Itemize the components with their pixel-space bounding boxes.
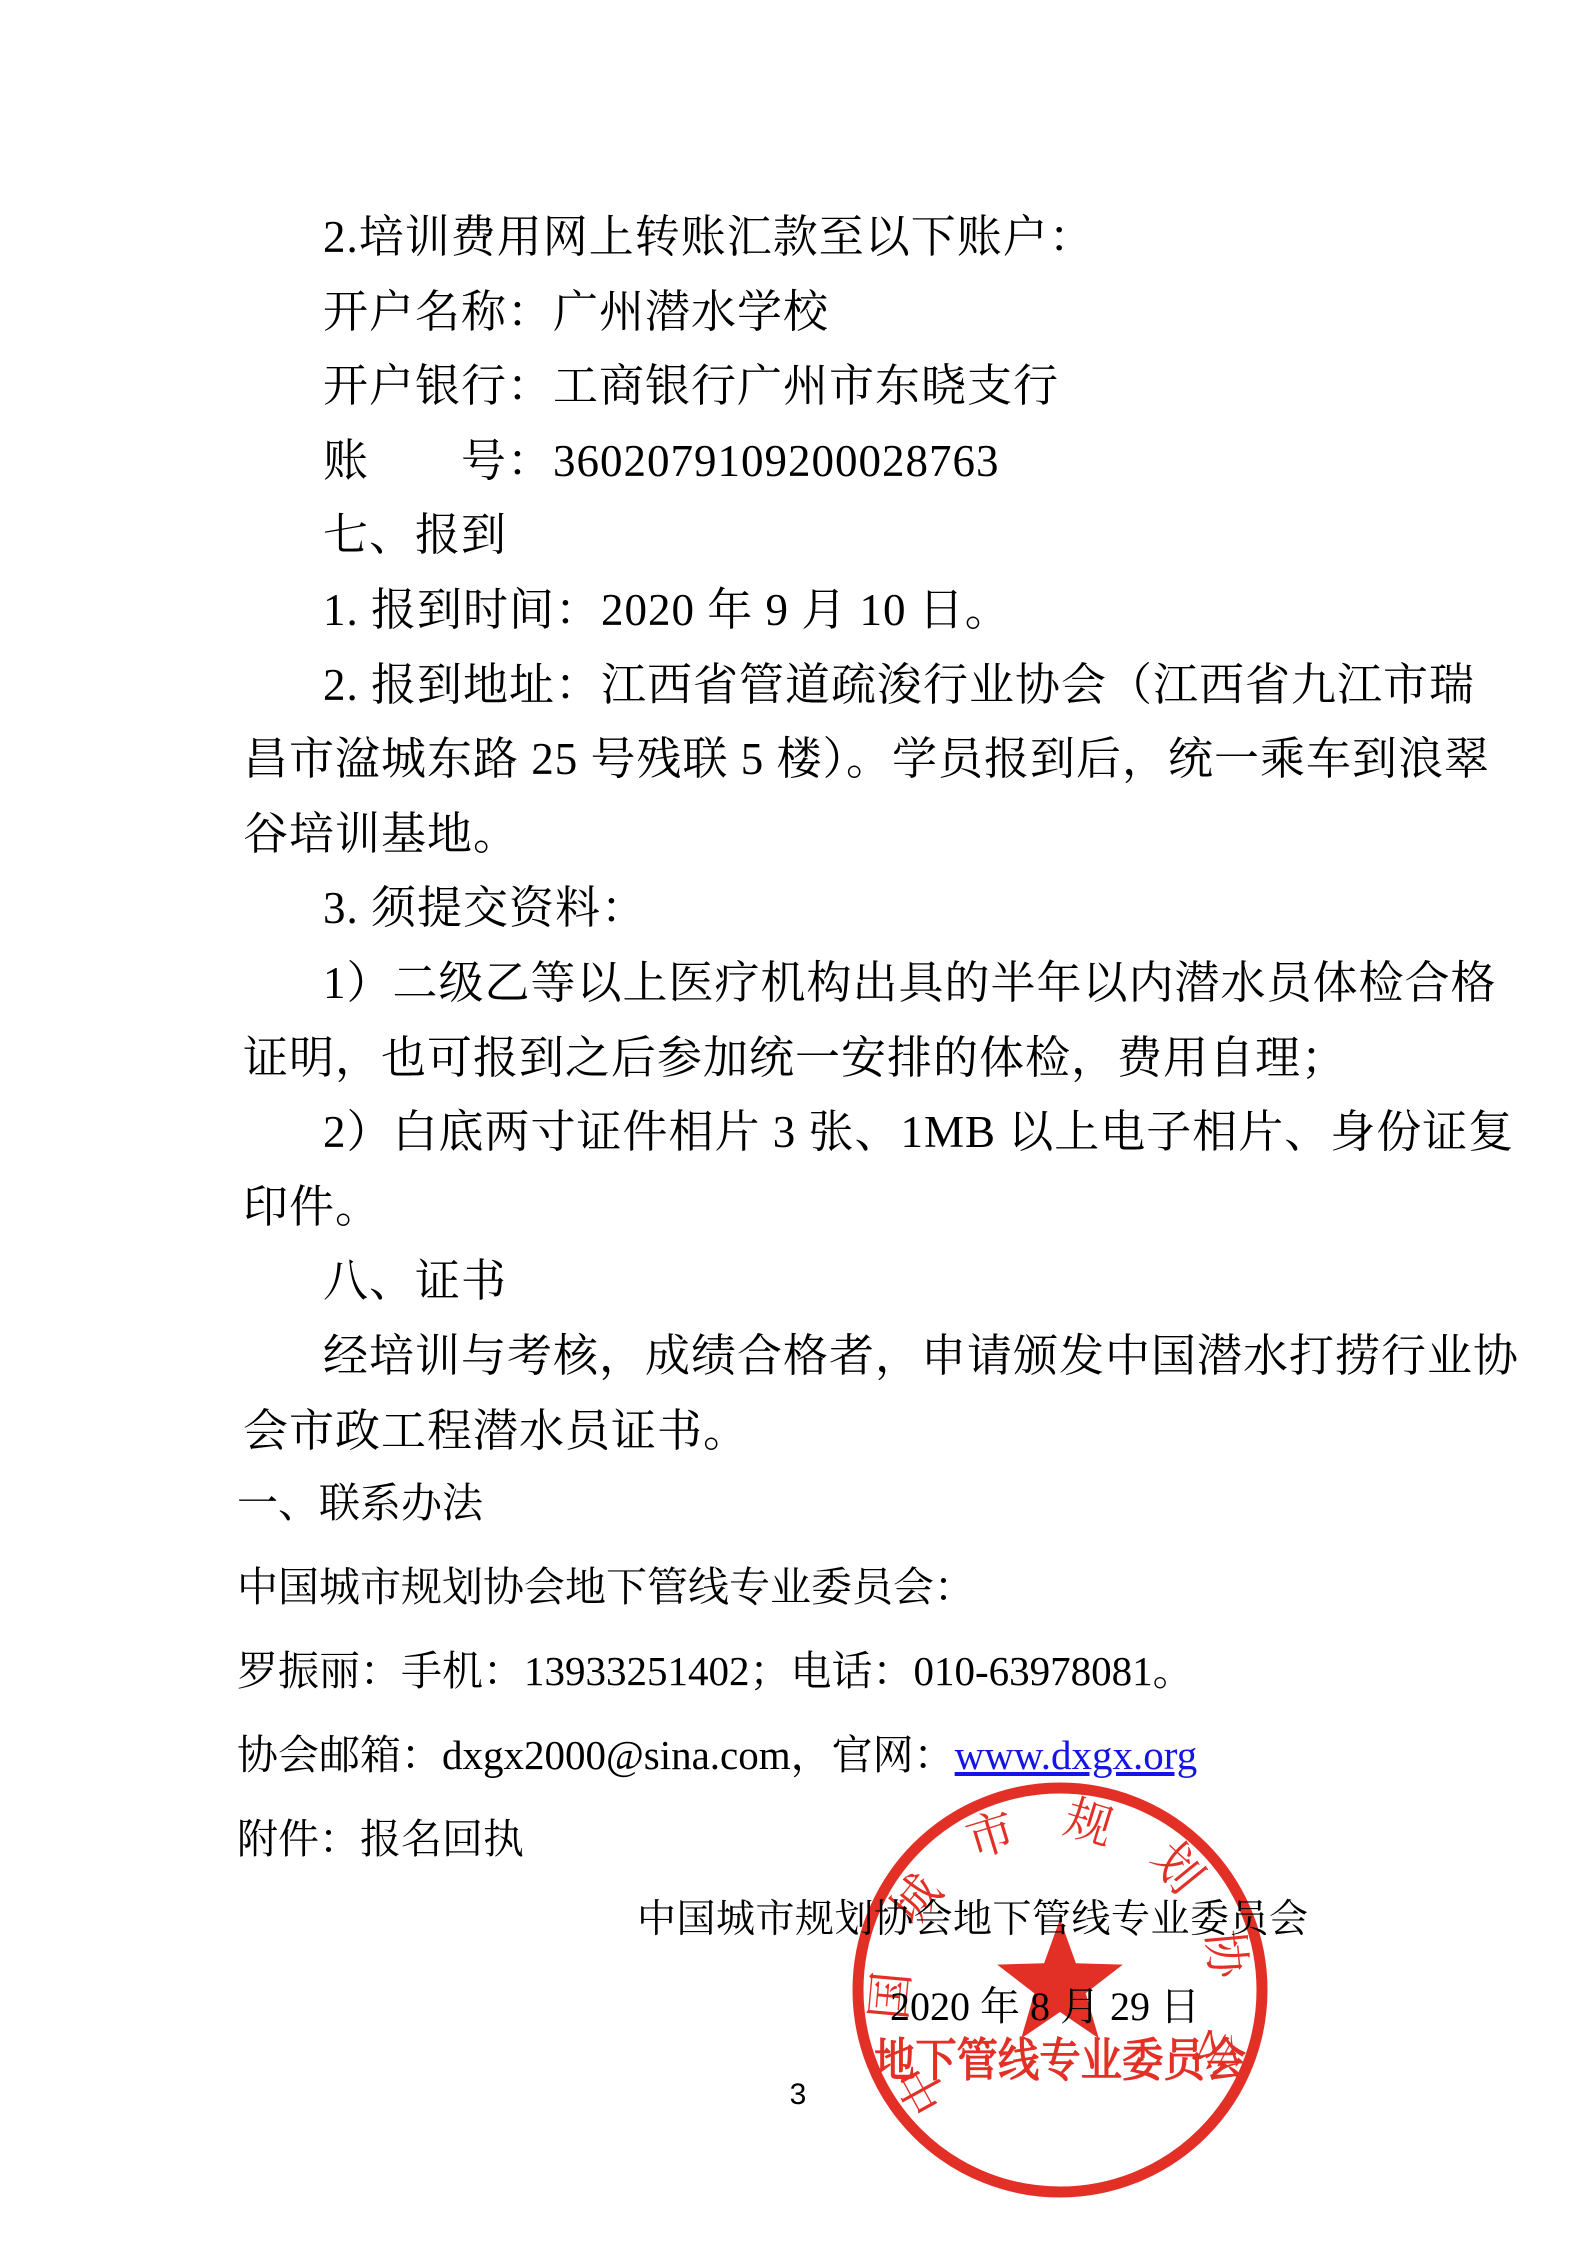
- text-line: 账 号：3602079109200028763: [243, 424, 1443, 499]
- website-link[interactable]: www.dxgx.org: [955, 1732, 1198, 1778]
- text-line: 七、报到: [243, 498, 1443, 573]
- signature-date: 2020 年 8 月 29 日: [890, 1984, 1200, 2030]
- contact-org-line: 中国城市规划协会地下管线专业委员会：: [237, 1545, 1457, 1629]
- contact-email-line: 协会邮箱：dxgx2000@sina.com，官网：www.dxgx.org: [237, 1713, 1457, 1797]
- body-text: 2.培训费用网上转账汇款至以下账户：开户名称：广州潜水学校开户银行：工商银行广州…: [243, 200, 1443, 1468]
- text-line: 证明，也可报到之后参加统一安排的体检，费用自理；: [243, 1021, 1443, 1096]
- text-line: 经培训与考核，成绩合格者，申请颁发中国潜水打捞行业协: [243, 1319, 1443, 1394]
- document-page: 2.培训费用网上转账汇款至以下账户：开户名称：广州潜水学校开户银行：工商银行广州…: [0, 0, 1587, 2245]
- text-line: 1）二级乙等以上医疗机构出具的半年以内潜水员体检合格: [243, 946, 1443, 1021]
- seal-bottom-text: 地下管线专业委员会: [874, 2035, 1246, 2086]
- text-line: 开户银行：工商银行广州市东晓支行: [243, 349, 1443, 424]
- text-line: 2）白底两寸证件相片 3 张、1MB 以上电子相片、身份证复: [243, 1095, 1443, 1170]
- text-line: 谷培训基地。: [243, 797, 1443, 872]
- text-line: 昌市湓城东路 25 号残联 5 楼）。学员报到后，统一乘车到浪翠: [243, 722, 1443, 797]
- contact-section-title: 一、联系办法: [237, 1461, 1457, 1545]
- signature-organization: 中国城市规划协会地下管线专业委员会: [637, 1897, 1309, 1943]
- text-line: 会市政工程潜水员证书。: [243, 1394, 1443, 1469]
- text-line: 印件。: [243, 1170, 1443, 1245]
- text-line: 八、证书: [243, 1244, 1443, 1319]
- contact-phone-line: 罗振丽：手机：13933251402；电话：010-63978081。: [237, 1629, 1457, 1713]
- contact-email-text: 协会邮箱：dxgx2000@sina.com，官网：: [237, 1732, 955, 1778]
- contact-section: 一、联系办法 中国城市规划协会地下管线专业委员会： 罗振丽：手机：1393325…: [237, 1461, 1457, 1881]
- page-number: 3: [778, 2078, 818, 2112]
- text-line: 1. 报到时间：2020 年 9 月 10 日。: [243, 573, 1443, 648]
- text-line: 开户名称：广州潜水学校: [243, 275, 1443, 350]
- text-line: 2. 报到地址：江西省管道疏浚行业协会（江西省九江市瑞: [243, 648, 1443, 723]
- attachment-line: 附件：报名回执: [237, 1797, 1457, 1881]
- text-line: 3. 须提交资料：: [243, 871, 1443, 946]
- text-line: 2.培训费用网上转账汇款至以下账户：: [243, 200, 1443, 275]
